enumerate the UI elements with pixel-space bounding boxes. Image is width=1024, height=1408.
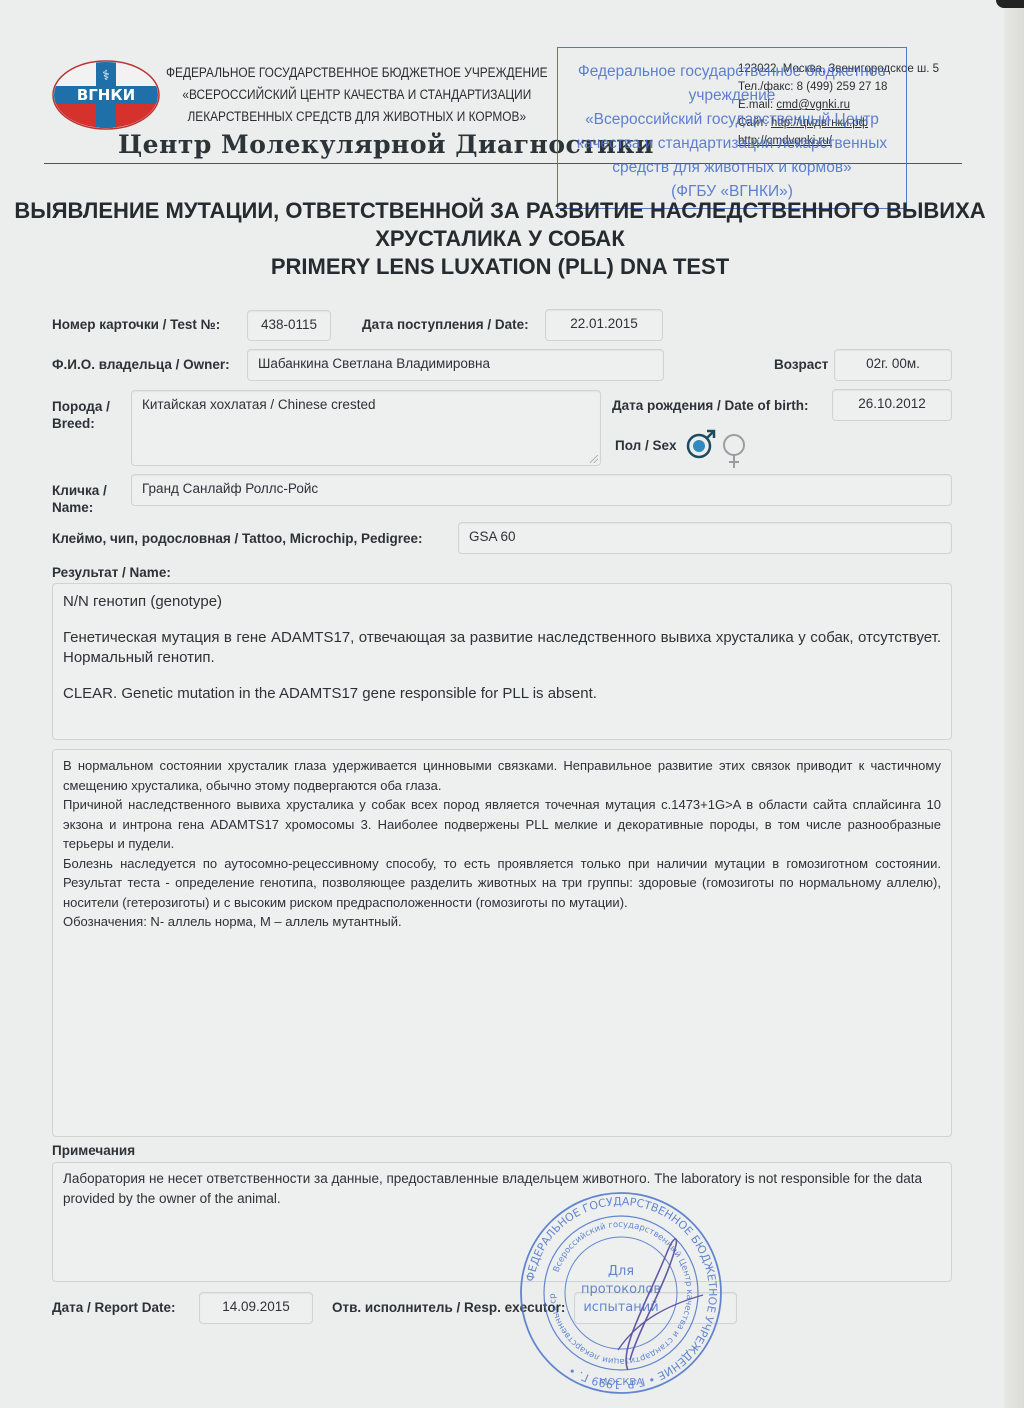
info-box[interactable]: В нормальном состоянии хрусталик глаза у… [52,749,952,1137]
info-paragraph: Обозначения: N- аллель норма, M – аллель… [63,912,941,932]
result-label: Результат / Name: [52,565,171,580]
owner-label: Ф.И.О. владельца / Owner: [52,357,230,372]
result-ru: Генетическая мутация в гене ADAMTS17, от… [63,628,941,668]
svg-text:МОСКВА: МОСКВА [599,1377,643,1388]
dob-label: Дата рождения / Date of birth: [612,398,809,413]
owner-field[interactable]: Шабанкина Светлана Владимировна [247,349,664,381]
result-en: CLEAR. Genetic mutation in the ADAMTS17 … [63,684,941,704]
test-number-label: Номер карточки / Test №: [52,317,220,332]
resize-handle[interactable] [590,455,598,463]
notes-text: Лаборатория не несет ответственности за … [63,1171,922,1206]
breed-field[interactable]: Китайская хохлатая / Chinese crested [131,390,601,466]
vgnki-logo: ВГНКИ ⚕ [52,60,160,130]
notes-label: Примечания [52,1143,135,1158]
organization-name: ФЕДЕРАЛЬНОЕ ГОСУДАРСТВЕННОЕ БЮДЖЕТНОЕ УЧ… [150,62,564,128]
info-paragraph: В нормальном состоянии хрусталик глаза у… [63,756,941,795]
sex-label: Пол / Sex [615,438,676,453]
receipt-date-label: Дата поступления / Date: [362,317,529,332]
dob-field[interactable]: 26.10.2012 [832,389,952,421]
svg-text:ВГНКИ: ВГНКИ [77,86,135,104]
page-edge [1004,0,1024,1408]
report-date-label: Дата / Report Date: [52,1300,176,1315]
rectangular-stamp: Федеральное государственное бюджетное уч… [557,47,907,209]
test-number-field[interactable]: 438-0115 [247,310,331,341]
breed-label: Порода /Breed: [52,398,110,432]
svg-text:Для: Для [608,1264,634,1279]
receipt-date-field[interactable]: 22.01.2015 [545,309,663,341]
tattoo-label: Клеймо, чип, родословная / Tattoo, Micro… [52,531,423,546]
female-radio-icon[interactable] [721,432,747,470]
report-date-field[interactable]: 14.09.2015 [199,1292,313,1324]
round-stamp: ФЕДЕРАЛЬНОЕ ГОСУДАРСТВЕННОЕ БЮДЖЕТНОЕ УЧ… [518,1190,724,1396]
svg-text:⚕: ⚕ [102,68,110,84]
result-box[interactable]: N/N генотип (genotype) Генетическая мута… [52,583,952,740]
genotype: N/N генотип (genotype) [63,592,941,612]
document-title: ВЫЯВЛЕНИЕ МУТАЦИИ, ОТВЕТСТВЕННОЙ ЗА РАЗВ… [0,197,1000,281]
notes-box[interactable]: Лаборатория не несет ответственности за … [52,1162,952,1282]
dog-name-label: Кличка /Name: [52,482,107,516]
male-radio-icon[interactable] [685,428,719,460]
info-paragraph: Болезнь наследуется по аутосомно-рецесси… [63,854,941,913]
page-corner [996,0,1024,8]
info-paragraph: Причиной наследственного вывиха хрустали… [63,795,941,854]
age-field[interactable]: 02г. 00м. [834,349,952,381]
dog-name-field[interactable]: Гранд Санлайф Роллс-Ройс [131,474,952,506]
svg-text:испытаний: испытаний [583,1300,658,1315]
tattoo-field[interactable]: GSA 60 [458,522,952,554]
age-label: Возраст [774,357,828,372]
